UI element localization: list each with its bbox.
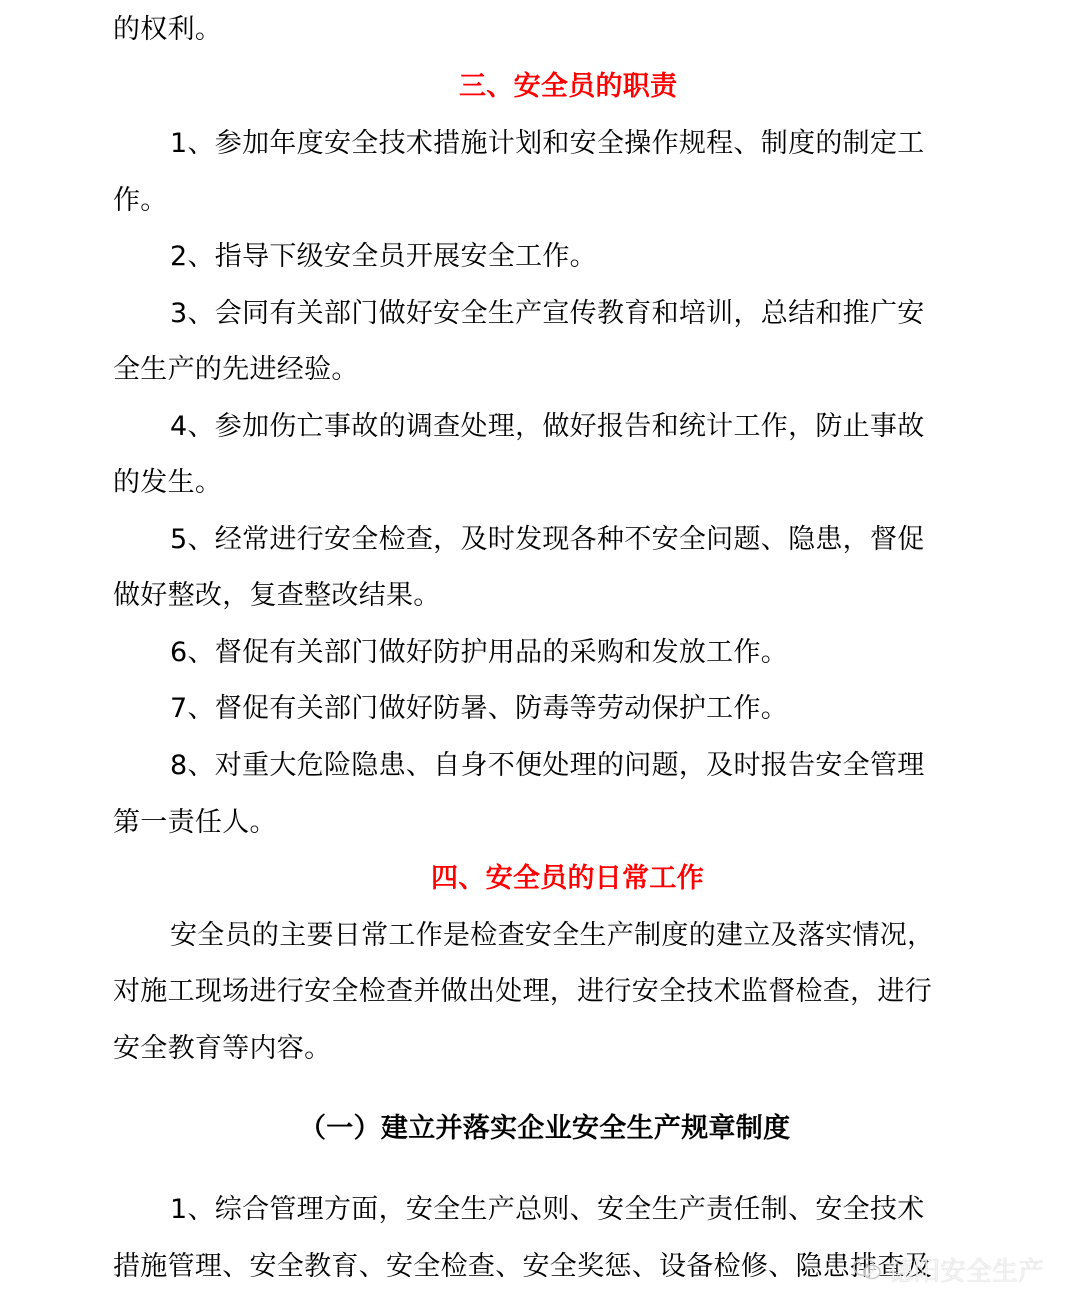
watermark: 德阳安全生产	[852, 1252, 1044, 1286]
paragraph-line: 措施管理、安全教育、安全检查、安全奖惩、设备检修、隐患排查及	[113, 1250, 932, 1284]
paragraph-line: 的发生。	[113, 466, 222, 500]
paragraph-line: 对施工现场进行安全检查并做出处理，进行安全技术监督检查，进行	[113, 975, 932, 1009]
subsection-heading: （一）建立并落实企业安全生产规章制度	[299, 1112, 790, 1146]
wechat-icon	[852, 1256, 882, 1282]
paragraph-line: 5、经常进行安全检查，及时发现各种不安全问题、隐患，督促	[170, 523, 925, 557]
section-heading: 三、安全员的职责	[459, 70, 677, 104]
paragraph-line: 8、对重大危险隐患、自身不便处理的问题，及时报告安全管理	[170, 749, 925, 783]
paragraph-line: 2、指导下级安全员开展安全工作。	[170, 240, 597, 274]
paragraph-line: 安全教育等内容。	[113, 1032, 331, 1066]
paragraph-line: 1、综合管理方面，安全生产总则、安全生产责任制、安全技术	[170, 1193, 925, 1227]
paragraph-line: 4、参加伤亡事故的调查处理，做好报告和统计工作，防止事故	[170, 410, 925, 444]
paragraph-line: 6、督促有关部门做好防护用品的采购和发放工作。	[170, 636, 788, 670]
paragraph-line: 1、参加年度安全技术措施计划和安全操作规程、制度的制定工	[170, 127, 925, 161]
paragraph-line: 第一责任人。	[113, 806, 277, 840]
paragraph-line: 作。	[113, 184, 168, 218]
watermark-text: 德阳安全生产	[888, 1251, 1044, 1288]
paragraph-line: 的权利。	[113, 13, 222, 47]
paragraph-line: 7、督促有关部门做好防暑、防毒等劳动保护工作。	[170, 692, 788, 726]
section-heading: 四、安全员的日常工作	[431, 862, 704, 896]
paragraph-line: 全生产的先进经验。	[113, 353, 359, 387]
paragraph-line: 3、会同有关部门做好安全生产宣传教育和培训，总结和推广安	[170, 297, 925, 331]
paragraph-line: 做好整改，复查整改结果。	[113, 579, 441, 613]
paragraph-line: 安全员的主要日常工作是检查安全生产制度的建立及落实情况，	[170, 919, 934, 953]
